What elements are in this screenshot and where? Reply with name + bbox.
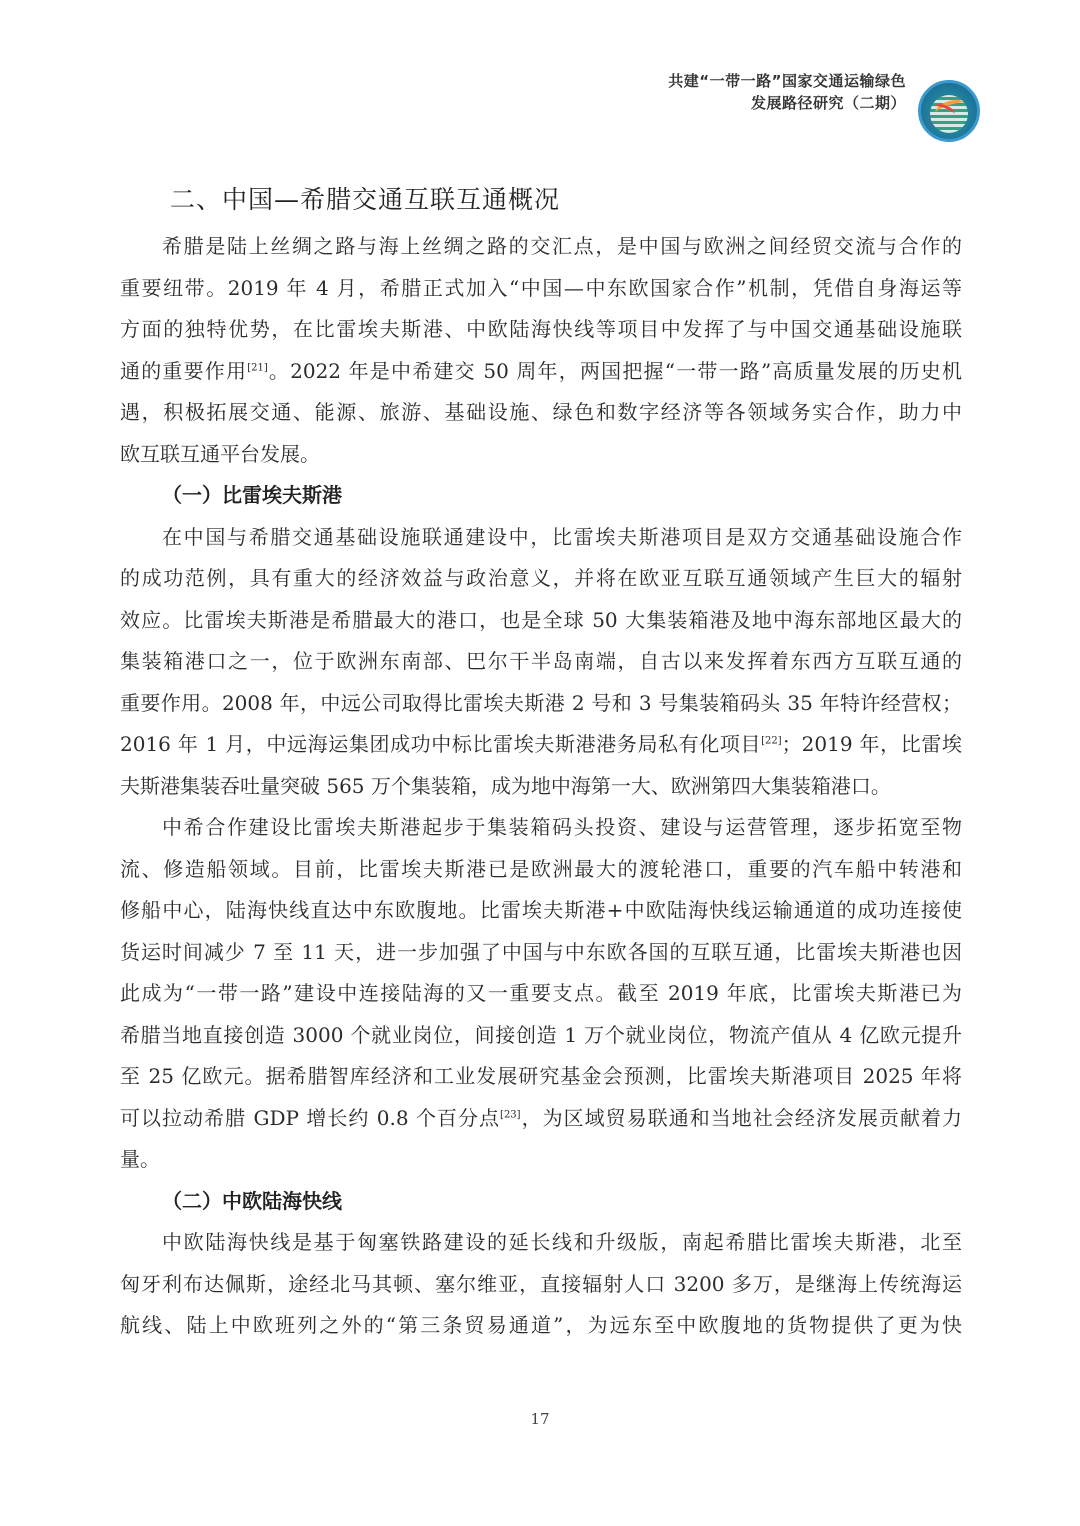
running-header: 共建“一带一路”国家交通运输绿色 发展路径研究（二期） [668, 70, 906, 114]
citation-21: [21] [247, 362, 268, 373]
header-title-line2: 发展路径研究（二期） [668, 92, 906, 114]
text-line: 可以拉动希腊 GDP 增长约 0.8 个百分点[23]，为区域贸易联通和当地社会… [120, 1098, 962, 1140]
text-line: 航线、陆上中欧班列之外的“第三条贸易通道”，为远东至中欧腹地的货物提供了更为快 [120, 1305, 962, 1347]
citation-23: [23] [500, 1109, 521, 1120]
text-line: 中欧陆海快线是基于匈塞铁路建设的延长线和升级版，南起希腊比雷埃夫斯港，北至 [120, 1222, 962, 1264]
text-line: 货运时间减少 7 至 11 天，进一步加强了中国与中东欧各国的互联互通，比雷埃夫… [120, 932, 962, 974]
text-line: 欧互联互通平台发展。 [120, 434, 962, 476]
text-line: 通的重要作用[21]。2022 年是中希建交 50 周年，两国把握“一带一路”高… [120, 351, 962, 393]
text-line: 量。 [120, 1139, 962, 1181]
text-line: 重要作用。2008 年，中远公司取得比雷埃夫斯港 2 号和 3 号集装箱码头 3… [120, 683, 962, 725]
text-line: 匈牙利布达佩斯，途经北马其顿、塞尔维亚，直接辐射人口 3200 多万，是继海上传… [120, 1264, 962, 1306]
text-line: 遇，积极拓展交通、能源、旅游、基础设施、绿色和数字经济等各领域务实合作，助力中 [120, 392, 962, 434]
emblem-logo-icon [918, 80, 980, 142]
document-body: 希腊是陆上丝绸之路与海上丝绸之路的交汇点，是中国与欧洲之间经贸交流与合作的 重要… [120, 226, 962, 1347]
text-line: 修船中心，陆海快线直达中东欧腹地。比雷埃夫斯港+中欧陆海快线运输通道的成功连接使 [120, 890, 962, 932]
subsection-title-land-sea-express: （二）中欧陆海快线 [120, 1181, 962, 1223]
text-line: 方面的独特优势，在比雷埃夫斯港、中欧陆海快线等项目中发挥了与中国交通基础设施联 [120, 309, 962, 351]
text-line: 此成为“一带一路”建设中连接陆海的又一重要支点。截至 2019 年底，比雷埃夫斯… [120, 973, 962, 1015]
page-number: 17 [0, 1410, 1080, 1428]
text-line: 重要纽带。2019 年 4 月，希腊正式加入“中国—中东欧国家合作”机制，凭借自… [120, 268, 962, 310]
text-line: 2016 年 1 月，中远海运集团成功中标比雷埃夫斯港港务局私有化项目[22]；… [120, 724, 962, 766]
text-line: 效应。比雷埃夫斯港是希腊最大的港口，也是全球 50 大集装箱港及地中海东部地区最… [120, 600, 962, 642]
citation-22: [22] [761, 735, 782, 746]
text-line: 夫斯港集装吞吐量突破 565 万个集装箱，成为地中海第一大、欧洲第四大集装箱港口… [120, 766, 962, 808]
subsection-title-piraeus: （一）比雷埃夫斯港 [120, 475, 962, 517]
text-line: 的成功范例，具有重大的经济效益与政治意义，并将在欧亚互联互通领域产生巨大的辐射 [120, 558, 962, 600]
text-line: 希腊是陆上丝绸之路与海上丝绸之路的交汇点，是中国与欧洲之间经贸交流与合作的 [120, 226, 962, 268]
text-line: 集装箱港口之一，位于欧洲东南部、巴尔干半岛南端，自古以来发挥着东西方互联互通的 [120, 641, 962, 683]
text-line: 至 25 亿欧元。据希腊智库经济和工业发展研究基金会预测，比雷埃夫斯港项目 20… [120, 1056, 962, 1098]
section-title: 二、中国—希腊交通互联互通概况 [170, 180, 560, 216]
text-line: 希腊当地直接创造 3000 个就业岗位，间接创造 1 万个就业岗位，物流产值从 … [120, 1015, 962, 1057]
text-line: 在中国与希腊交通基础设施联通建设中，比雷埃夫斯港项目是双方交通基础设施合作 [120, 517, 962, 559]
text-line: 流、修造船领域。目前，比雷埃夫斯港已是欧洲最大的渡轮港口，重要的汽车船中转港和 [120, 849, 962, 891]
text-line: 中希合作建设比雷埃夫斯港起步于集装箱码头投资、建设与运营管理，逐步拓宽至物 [120, 807, 962, 849]
header-title-line1: 共建“一带一路”国家交通运输绿色 [668, 70, 906, 92]
